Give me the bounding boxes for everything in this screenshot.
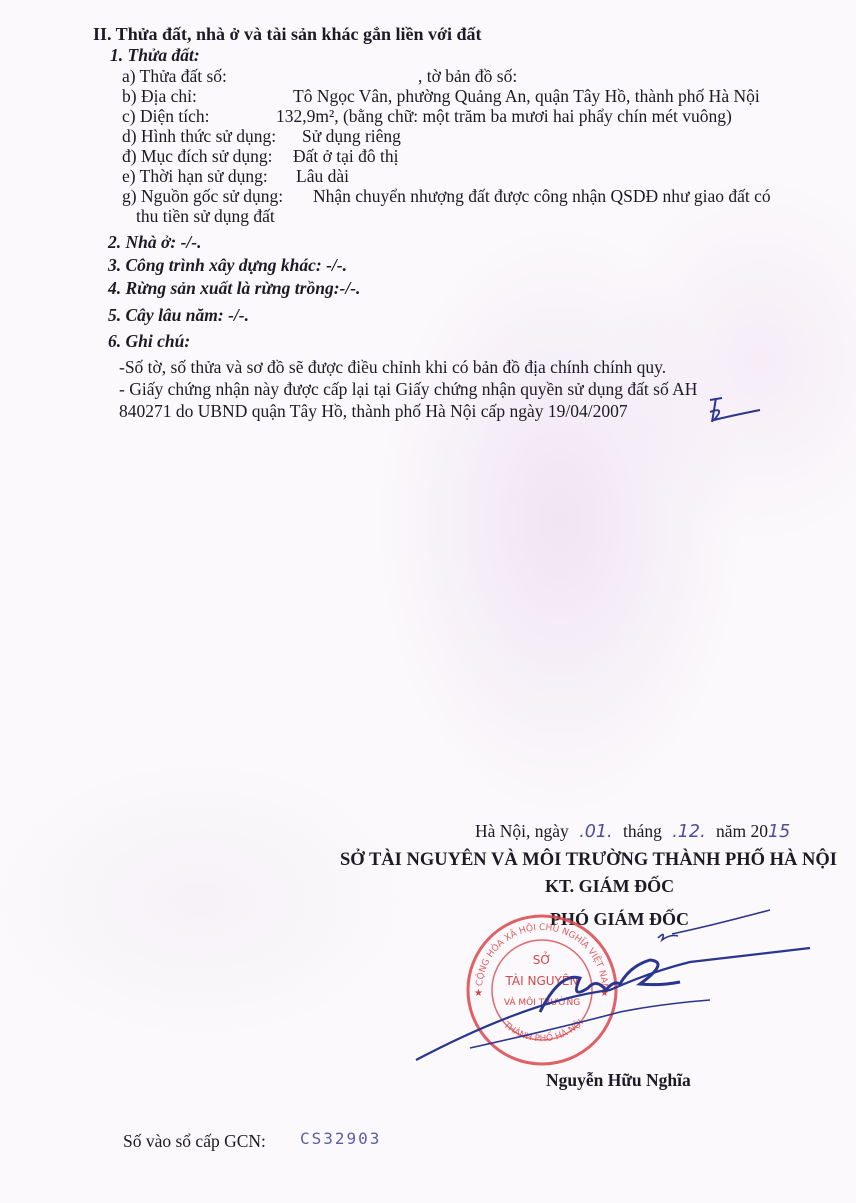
item-perennial-trees: 5. Cây lâu năm: -/-. [108, 305, 249, 325]
origin-value-line1: Nhận chuyển nhượng đất được công nhận QS… [313, 186, 771, 206]
area-label: c) Diện tích: [122, 106, 209, 126]
date-line: Hà Nội, ngày .01. tháng .12. năm 2015 [475, 821, 790, 842]
term-value: Lâu dài [296, 166, 349, 186]
parcel-number-label: a) Thửa đất số: [122, 66, 227, 86]
initials-mark-icon [700, 392, 770, 432]
note-line-2: - Giấy chứng nhận này được cấp lại tại G… [119, 379, 697, 399]
purpose-label: đ) Mục đích sử dụng: [122, 146, 272, 166]
item-other-construction: 3. Công trình xây dựng khác: -/-. [108, 255, 347, 275]
registry-label: Số vào sổ cấp GCN: [123, 1131, 266, 1151]
month-label: tháng [623, 821, 662, 841]
land-heading: 1. Thửa đất: [110, 45, 200, 65]
note-line-1: -Số tờ, số thửa và sơ đồ sẽ được điều ch… [119, 357, 666, 377]
item-production-forest: 4. Rừng sản xuất là rừng trồng:-/-. [108, 278, 360, 298]
origin-value-line2: thu tiền sử dụng đất [136, 206, 275, 226]
area-value: 132,9m², (bằng chữ: một trăm ba mươi hai… [276, 106, 732, 126]
usage-form-label: d) Hình thức sử dụng: [122, 126, 276, 146]
origin-label: g) Nguồn gốc sử dụng: [122, 186, 283, 206]
term-label: e) Thời hạn sử dụng: [122, 166, 268, 186]
year-label: năm 20 [716, 821, 768, 841]
agency-name: SỞ TÀI NGUYÊN VÀ MÔI TRƯỜNG THÀNH PHỐ HÀ… [340, 850, 837, 870]
notes-heading: 6. Ghi chú: [108, 331, 190, 351]
purpose-value: Đất ở tại đô thị [293, 146, 399, 166]
signer-name: Nguyễn Hữu Nghĩa [546, 1070, 691, 1090]
year-suffix: 15 [768, 822, 790, 842]
address-value: Tô Ngọc Vân, phường Quảng An, quận Tây H… [293, 86, 760, 106]
on-behalf-title: KT. GIÁM ĐỐC [545, 876, 674, 896]
note-line-3: 840271 do UBND quận Tây Hồ, thành phố Hà… [119, 401, 628, 421]
usage-form-value: Sử dụng riêng [302, 126, 401, 146]
registry-number: CS32903 [300, 1129, 381, 1148]
signature-icon [410, 900, 830, 1070]
address-label: b) Địa chỉ: [122, 86, 197, 106]
item-house: 2. Nhà ở: -/-. [108, 232, 201, 252]
date-day: .01. [579, 822, 612, 842]
date-month: .12. [672, 822, 705, 842]
map-sheet-label: , tờ bản đồ số: [418, 66, 517, 86]
date-prefix: Hà Nội, ngày [475, 821, 569, 841]
section-title: II. Thửa đất, nhà ở và tài sản khác gắn … [93, 24, 482, 44]
